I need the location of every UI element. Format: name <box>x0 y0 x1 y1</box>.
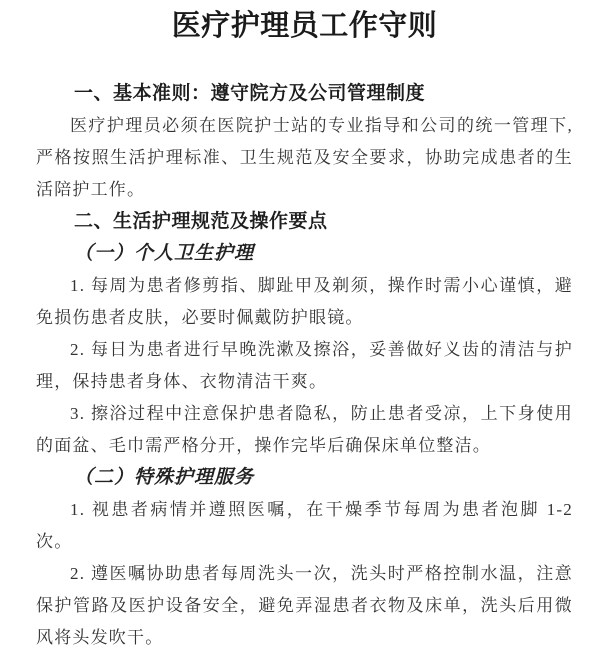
document-title: 医疗护理员工作守则 <box>36 6 573 46</box>
list-item-special-2: 2. 遵医嘱协助患者每周洗头一次，洗头时严格控制水温，注意保护管路及医护设备安全… <box>36 558 573 648</box>
list-item-hygiene-1: 1. 每周为患者修剪指、脚趾甲及剃须，操作时需小心谨慎，避免损伤患者皮肤，必要时… <box>36 270 573 334</box>
list-item-special-1: 1. 视患者病情并遵照医嘱，在干燥季节每周为患者泡脚 1-2 次。 <box>36 494 573 558</box>
sub-heading-personal-hygiene: （一）个人卫生护理 <box>36 238 573 270</box>
list-item-hygiene-3: 3. 擦浴过程中注意保护患者隐私，防止患者受凉，上下身使用的面盆、毛巾需严格分开… <box>36 398 573 462</box>
paragraph-basic-principles: 医疗护理员必须在医院护士站的专业指导和公司的统一管理下,严格按照生活护理标准、卫… <box>36 110 573 206</box>
section-heading-basic-principles: 一、基本准则：遵守院方及公司管理制度 <box>36 78 573 110</box>
document-page: 医疗护理员工作守则 一、基本准则：遵守院方及公司管理制度 医疗护理员必须在医院护… <box>0 0 600 648</box>
list-item-hygiene-2: 2. 每日为患者进行早晚洗漱及擦浴，妥善做好义齿的清洁与护理，保持患者身体、衣物… <box>36 334 573 398</box>
sub-heading-special-care: （二）特殊护理服务 <box>36 462 573 494</box>
section-heading-care-standards: 二、生活护理规范及操作要点 <box>36 206 573 238</box>
